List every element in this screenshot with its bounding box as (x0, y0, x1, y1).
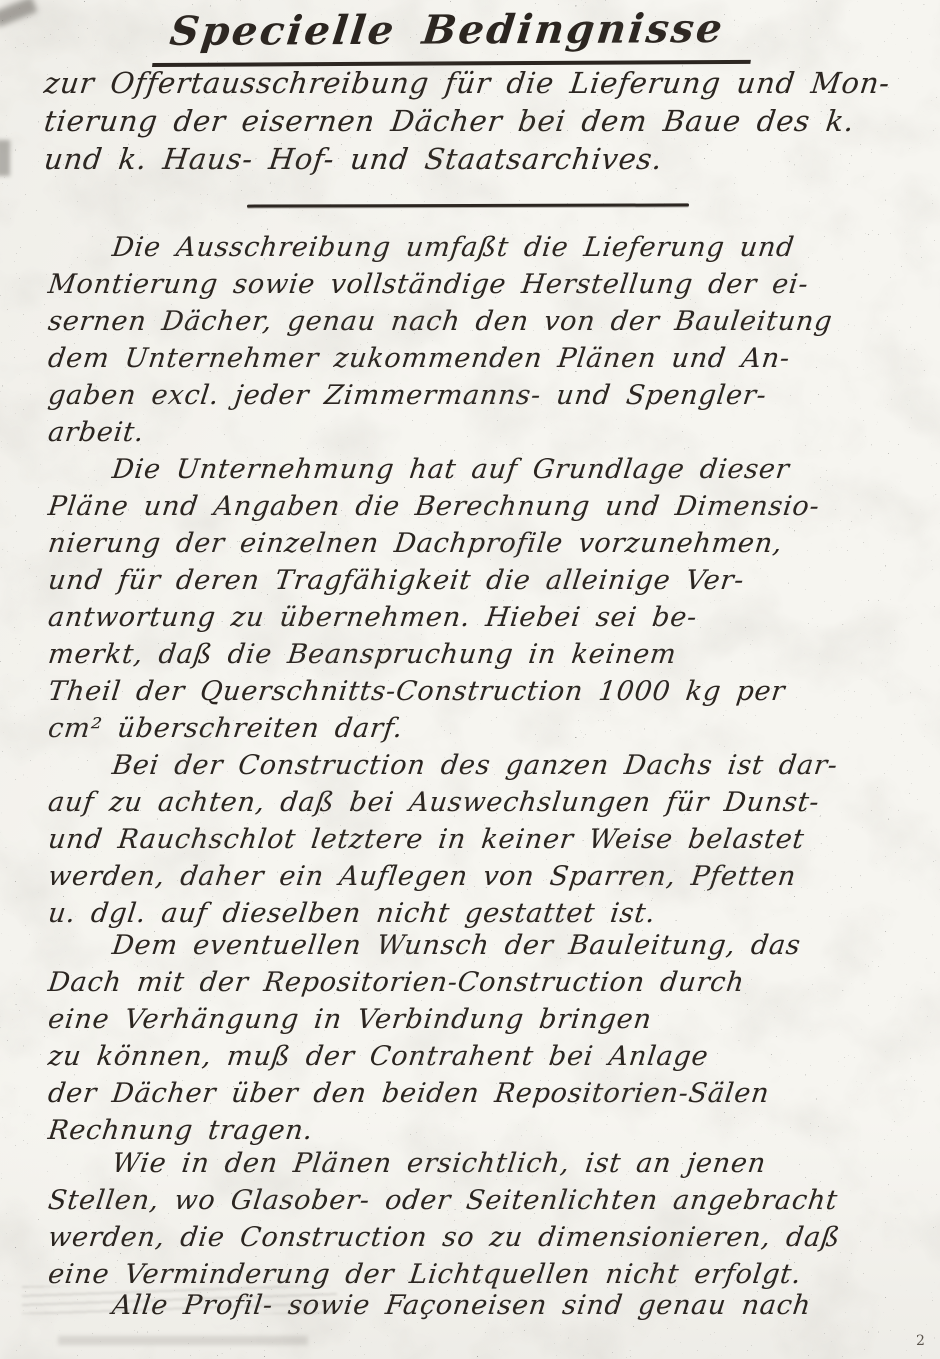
text-line: nierung der einzelnen Dachprofile vorzun… (46, 525, 913, 562)
paragraph-1: Die Ausschreibung umfaßt die Lieferung u… (46, 229, 908, 451)
text-line: merkt, daß die Beanspruchung in keinem (46, 636, 913, 673)
scan-smudge (58, 1336, 308, 1345)
text-line: Alle Profil- sowie Façoneisen sind genau… (46, 1287, 913, 1324)
text-line: Bei der Construction des ganzen Dachs is… (46, 747, 913, 784)
text-line: werden, daher ein Auflegen von Sparren, … (46, 858, 913, 895)
scanned-document-page: Specielle Bedingnisse zur Offertausschre… (0, 0, 940, 1359)
subtitle-line: tierung der eisernen Dächer bei dem Baue… (42, 102, 892, 140)
paragraph-5: Wie in den Plänen ersichtlich, ist an je… (46, 1145, 908, 1293)
text-line: Montierung sowie vollständige Herstellun… (46, 266, 913, 303)
document-title: Specielle Bedingnisse (152, 8, 750, 67)
text-line: arbeit. (46, 414, 913, 451)
text-line: werden, die Construction so zu dimension… (46, 1219, 913, 1256)
text-line: dem Unternehmer zukommenden Plänen und A… (46, 340, 913, 377)
text-line: eine Verhängung in Verbindung bringen (46, 1001, 913, 1038)
document-subtitle: zur Offertausschreibung für die Lieferun… (42, 64, 888, 178)
text-line: Stellen, wo Glasober- oder Seitenlichten… (46, 1182, 913, 1219)
text-line: zu können, muß der Contrahent bei Anlage (46, 1038, 913, 1075)
text-line: Wie in den Plänen ersichtlich, ist an je… (46, 1145, 913, 1182)
text-line: und für deren Tragfähigkeit die alleinig… (46, 562, 913, 599)
divider-line (247, 203, 689, 207)
text-line: auf zu achten, daß bei Auswechslungen fü… (46, 784, 913, 821)
document-title-text: Specielle Bedingnisse (152, 5, 757, 67)
paragraph-3: Bei der Construction des ganzen Dachs is… (46, 747, 908, 932)
text-line: und Rauchschlot letztere in keiner Weise… (46, 821, 913, 858)
text-line: Dem eventuellen Wunsch der Bauleitung, d… (46, 927, 913, 964)
text-line: gaben excl. jeder Zimmermanns- und Speng… (46, 377, 913, 414)
page-number: 2 (916, 1333, 925, 1349)
subtitle-line: zur Offertausschreibung für die Lieferun… (42, 64, 892, 102)
scan-smudge (0, 140, 10, 176)
text-line: Die Unternehmung hat auf Grundlage diese… (46, 451, 913, 488)
text-line: Pläne und Angaben die Berechnung und Dim… (46, 488, 913, 525)
text-line: Die Ausschreibung umfaßt die Lieferung u… (46, 229, 913, 266)
paragraph-6: Alle Profil- sowie Façoneisen sind genau… (46, 1287, 908, 1324)
subtitle-line: und k. Haus- Hof- und Staatsarchives. (42, 140, 892, 178)
scan-smudge (0, 0, 37, 27)
text-line: cm² überschreiten darf. (46, 710, 913, 747)
text-line: Rechnung tragen. (46, 1112, 913, 1149)
text-line: der Dächer über den beiden Repositorien-… (46, 1075, 913, 1112)
text-line: antwortung zu übernehmen. Hiebei sei be- (46, 599, 913, 636)
text-line: Theil der Querschnitts-Construction 1000… (46, 673, 913, 710)
text-line: Dach mit der Repositorien-Construction d… (46, 964, 913, 1001)
text-line: sernen Dächer, genau nach den von der Ba… (46, 303, 913, 340)
paragraph-4: Dem eventuellen Wunsch der Bauleitung, d… (46, 927, 908, 1149)
paragraph-2: Die Unternehmung hat auf Grundlage diese… (46, 451, 908, 747)
